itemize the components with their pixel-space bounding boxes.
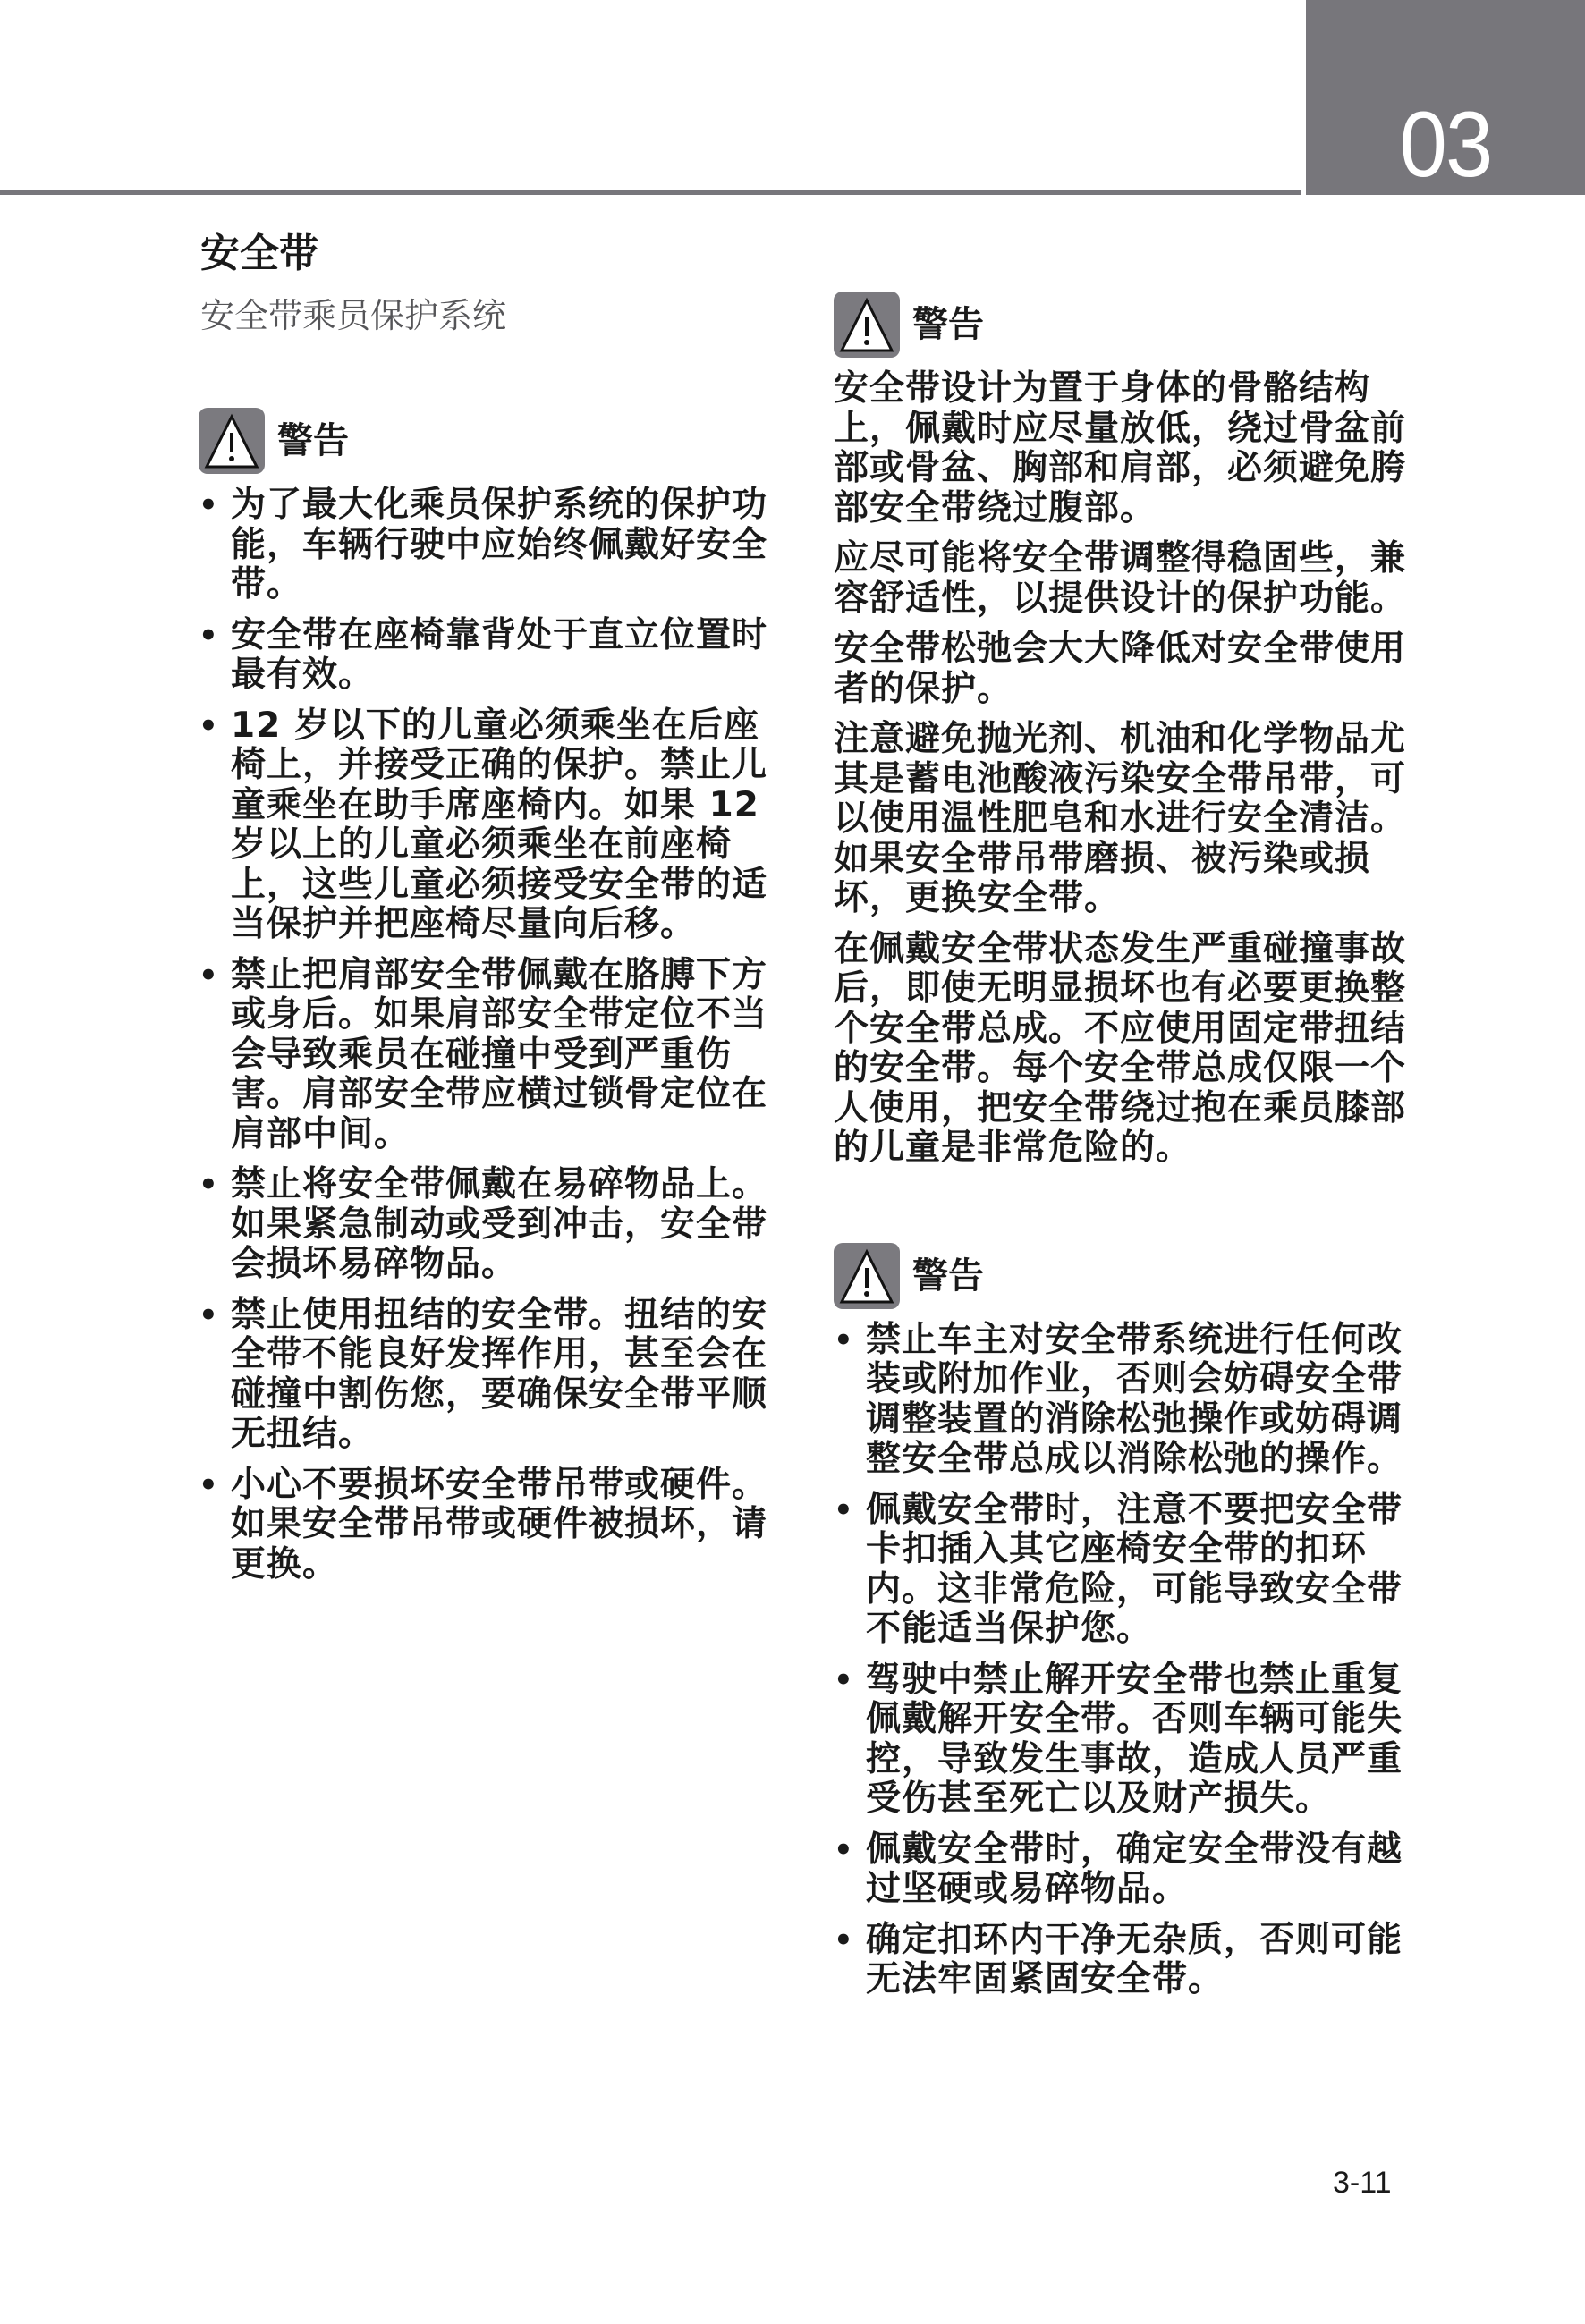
warning-paragraph: 安全带松弛会大大降低对安全带使用者的保护。 xyxy=(834,630,1415,709)
spacer xyxy=(834,1179,1415,1242)
list-item: 禁止使用扭结的安全带。扭结的安全带不能良好发挥作用，甚至会在碰撞中割伤您，要确保… xyxy=(199,1296,780,1455)
warning-paragraph: 安全带设计为置于身体的骨骼结构上，佩戴时应尽量放低，绕过骨盆前部或骨盆、胸部和肩… xyxy=(834,369,1415,528)
left-column: 警告 为了最大化乘员保护系统的保护功能，车辆行驶中应始终佩戴好安全带。 安全带在… xyxy=(199,407,780,1595)
header-rule xyxy=(0,190,1301,195)
warning-header: 警告 xyxy=(834,291,1415,359)
list-item: 禁止车主对安全带系统进行任何改装或附加作业，否则会妨碍安全带调整装置的消除松弛操… xyxy=(834,1321,1415,1480)
warning-bullet-list: 禁止车主对安全带系统进行任何改装或附加作业，否则会妨碍安全带调整装置的消除松弛操… xyxy=(834,1321,1415,2000)
chapter-tab: 03 xyxy=(1306,0,1585,195)
right-column: 警告 安全带设计为置于身体的骨骼结构上，佩戴时应尽量放低，绕过骨盆前部或骨盆、胸… xyxy=(834,291,1415,2011)
chapter-number: 03 xyxy=(1317,98,1573,191)
list-item: 小心不要损坏安全带吊带或硬件。如果安全带吊带或硬件被损坏，请更换。 xyxy=(199,1466,780,1585)
warning-triangle-icon xyxy=(199,408,265,474)
warning-label: 警告 xyxy=(277,419,349,462)
list-item: 确定扣环内干净无杂质，否则可能无法牢固紧固安全带。 xyxy=(834,1921,1415,2000)
warning-triangle-icon xyxy=(834,292,900,358)
list-item: 佩戴安全带时，确定安全带没有越过坚硬或易碎物品。 xyxy=(834,1830,1415,1910)
list-item: 佩戴安全带时，注意不要把安全带卡扣插入其它座椅安全带的扣环内。这非常危险，可能导… xyxy=(834,1491,1415,1650)
section-title: 安全带 xyxy=(200,231,318,277)
list-item: 12 岁以下的儿童必须乘坐在后座椅上，并接受正确的保护。禁止儿童乘坐在助手席座椅… xyxy=(199,706,780,945)
list-item: 为了最大化乘员保护系统的保护功能，车辆行驶中应始终佩戴好安全带。 xyxy=(199,486,780,605)
warning-paragraph: 应尽可能将安全带调整得稳固些，兼容舒适性，以提供设计的保护功能。 xyxy=(834,539,1415,619)
warning-bullet-list: 为了最大化乘员保护系统的保护功能，车辆行驶中应始终佩戴好安全带。 安全带在座椅靠… xyxy=(199,486,780,1585)
page-number: 3-11 xyxy=(1333,2166,1392,2201)
warning-triangle-icon xyxy=(834,1243,900,1309)
warning-header: 警告 xyxy=(834,1242,1415,1310)
warning-label: 警告 xyxy=(912,303,984,346)
warning-paragraph: 在佩戴安全带状态发生严重碰撞事故后，即使无明显损坏也有必要更换整个安全带总成。不… xyxy=(834,930,1415,1169)
warning-header: 警告 xyxy=(199,407,780,475)
list-item: 安全带在座椅靠背处于直立位置时最有效。 xyxy=(199,616,780,696)
warning-label: 警告 xyxy=(912,1255,984,1297)
list-item: 禁止将安全带佩戴在易碎物品上。如果紧急制动或受到冲击，安全带会损坏易碎物品。 xyxy=(199,1165,780,1285)
list-item: 禁止把肩部安全带佩戴在胳膊下方或身后。如果肩部安全带定位不当会导致乘员在碰撞中受… xyxy=(199,956,780,1155)
list-item: 驾驶中禁止解开安全带也禁止重复佩戴解开安全带。否则车辆可能失控，导致发生事故，造… xyxy=(834,1661,1415,1820)
warning-paragraph: 注意避免抛光剂、机油和化学物品尤其是蓄电池酸液污染安全带吊带，可以使用温性肥皂和… xyxy=(834,720,1415,919)
section-subtitle: 安全带乘员保护系统 xyxy=(200,295,506,336)
